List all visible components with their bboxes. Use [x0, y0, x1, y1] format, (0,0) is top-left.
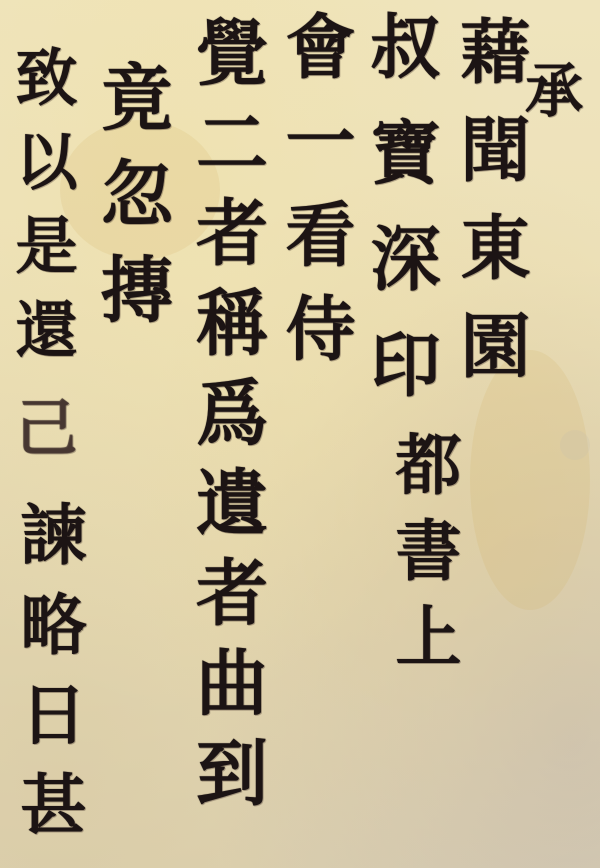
calligraphy-column-6: 竟忽摶: [95, 60, 167, 348]
calligraphy-column-7: 致以是還: [10, 45, 72, 381]
calligraphy-column-5: 覺二者稱爲遺者曲到: [190, 15, 262, 825]
paper-stain: [560, 430, 590, 460]
calligraphy-column-2: 藉聞東園: [455, 15, 525, 407]
calligraphy-column-4: 會一看侍: [280, 10, 350, 386]
calligraphy-column-2-lower: 都書上: [390, 430, 456, 688]
calligraphy-column-7-faded-char: 己: [10, 395, 72, 479]
calligraphy-column-8: 諫略日甚: [15, 500, 81, 860]
calligraphy-column-3: 叔寶深印: [365, 10, 435, 434]
